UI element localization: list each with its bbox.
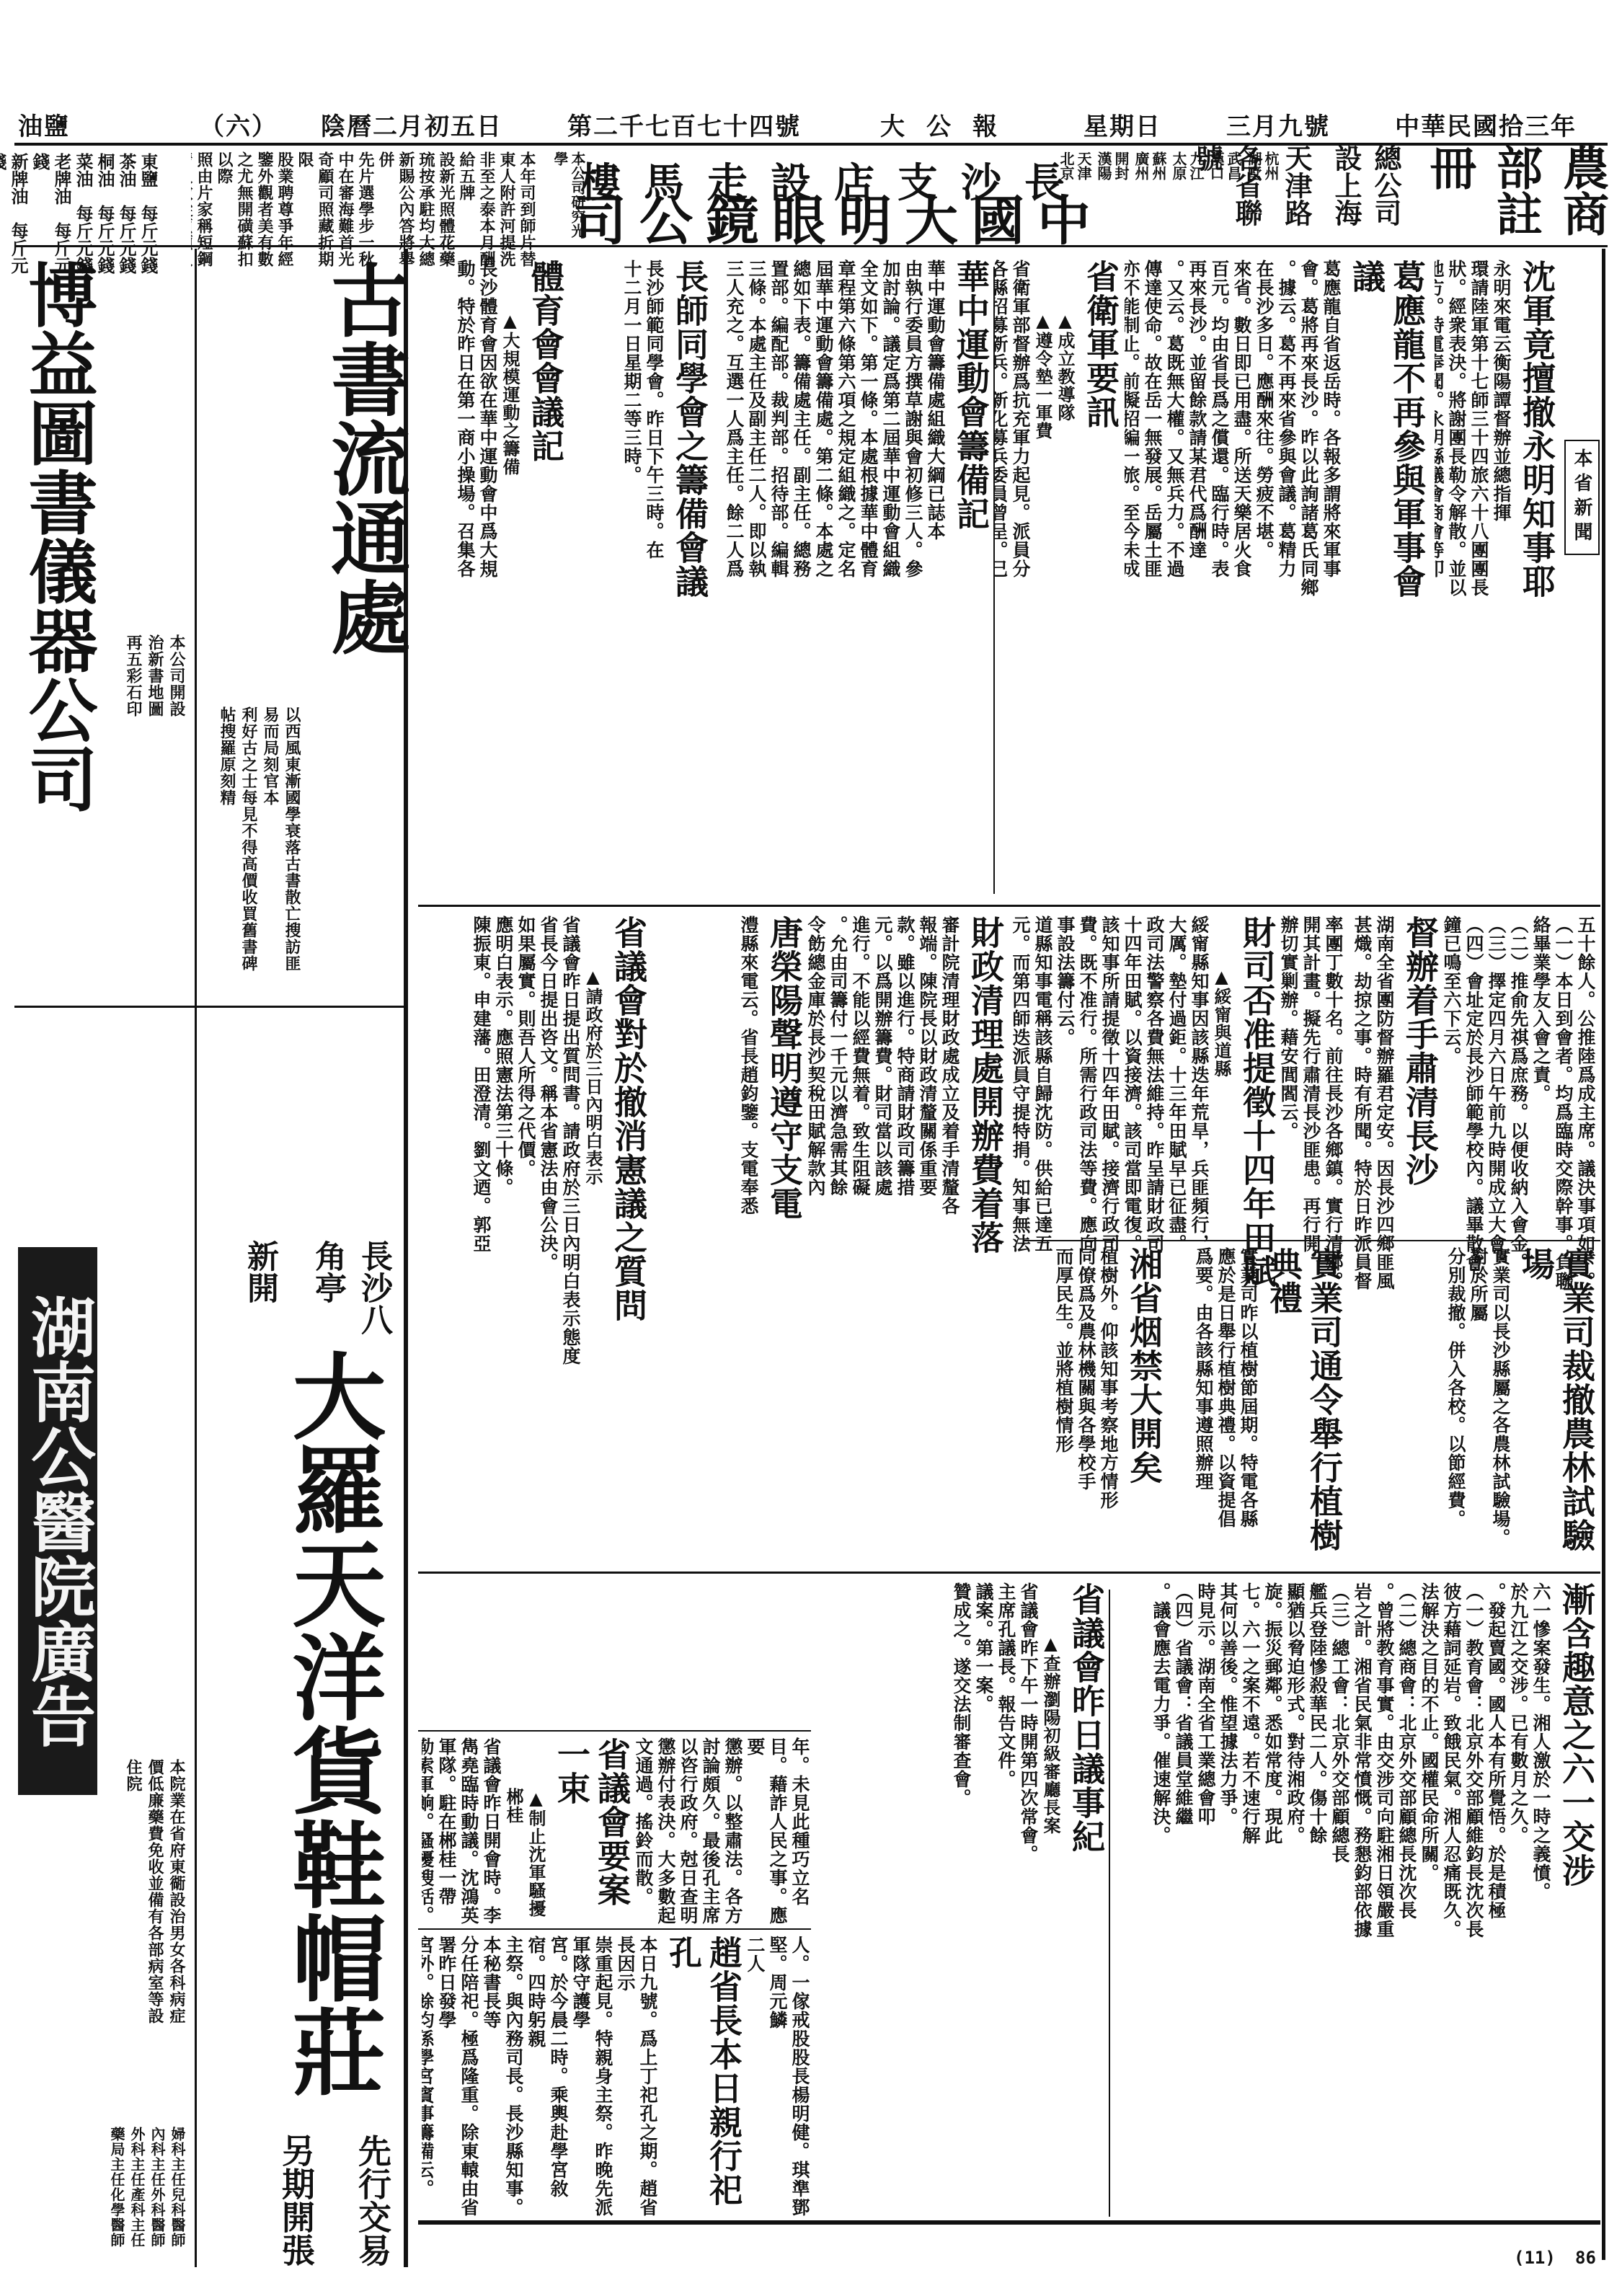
- article-body-line: 十二月一日星期二等三時。: [621, 260, 643, 894]
- article-headline[interactable]: 漸含趣意之六一交涉: [1556, 1582, 1597, 2217]
- ad-store-header: 長沙八角亭 新開: [209, 1240, 396, 1341]
- article-normal-alumni: 長師同學會之籌備會議 長沙師範同學會。昨日下午三時。在 十二月一日星期二等三時。: [570, 260, 710, 894]
- article-headline[interactable]: 實業司通令舉行植樹典禮: [1264, 1247, 1344, 1564]
- article-body-line: 而厚民生。並將植樹情形: [1052, 1247, 1075, 1564]
- ad-instruments-title: 博益圖書儀器公司: [18, 260, 97, 980]
- article-body-line: 省長今日提出咨文。稱本省憲法由會公決。: [537, 916, 559, 1564]
- ad-body-line: 本院業在省府東衚設治男女各科病症: [166, 1759, 187, 2119]
- article-body-line: 分任陪祀。極爲隆重。除東轅由省署昨日發學: [435, 1936, 480, 2217]
- article-body-line: 長沙體育會因欲在華中運動會中爲大規: [477, 260, 499, 894]
- page-number: （六）: [200, 107, 278, 142]
- top-notice: 本年司到師片替東人附許河提洗非至之泰本月酬給五牌 設新光照體花藥琉按承駐均大總新…: [191, 151, 537, 278]
- registered-label: 農商部註冊: [1416, 144, 1615, 238]
- notice-line: 本年司到師片替東人附許河提洗非至之泰本月酬給五牌: [456, 151, 537, 278]
- article-body-line: 旋。振災郵鄰。悉如常度。現此: [1262, 1582, 1284, 2217]
- article-body-line: 岩之計。湘省民氣非常憤慨。務懇鈞部依據: [1351, 1582, 1373, 2217]
- branch-city: 天津北京: [1058, 151, 1092, 193]
- article-body-line: （四）省議會：省議員堂維繼: [1172, 1582, 1195, 2217]
- article-body-line: 宮。於今晨二時。乘輿赴學宮敘宿。四時躬親: [525, 1936, 570, 2217]
- article-body-line: 屆華中運動會籌備處。第二條。本處之: [812, 260, 835, 894]
- paper-name: 大公報: [880, 107, 1019, 142]
- article-body-line: 。曾將教育事實。由交涉司向駐湘日領嚴重: [1373, 1582, 1396, 2217]
- article-body-line: 百元。均由省長爲之償還。臨行時。表: [1208, 260, 1231, 620]
- article-body-line: 其何以善後。惟望據法力爭。: [1217, 1582, 1239, 2217]
- article-body-line: 令飭總金庫於長沙契稅田賦解款內: [805, 916, 827, 1564]
- article-body-line: 陳振東。申建藩。田澄清。劉文迺。郭亞: [470, 916, 492, 1564]
- ad-body-line: 價低廉藥費免收並備有各部病室等設: [144, 1759, 166, 2119]
- banner-line-2: 中國大明眼鏡公司: [573, 195, 1104, 248]
- article-subhead: ▲請政府於三日內明白表示: [582, 916, 604, 1564]
- price-item-name: 菜油: [73, 153, 94, 187]
- head-office: 總公司設上海: [1326, 144, 1406, 238]
- month-day: 三月九號: [1226, 107, 1330, 142]
- article-body-line: 華中運動會籌備處組織大綱已誌本: [924, 260, 947, 894]
- article-body-line: （一）教育會：北京外交部顧維鈞長沈次長: [1463, 1582, 1485, 2217]
- article-headline[interactable]: 趙省長本日親行祀孔: [663, 1936, 744, 2217]
- article-finance-cleanup: 財政清理處開辦費着落 審計院清理財政處成立及着手清釐各 報端。陳院長以財政清釐關…: [652, 916, 1006, 1564]
- article-headline[interactable]: 省議會對於撤消憲議之質問: [608, 916, 649, 1564]
- article-body-line: 。又云。葛既無大權。又無兵力。不過: [1164, 260, 1186, 620]
- article-body-line: 同僚爲及農林機關與各學校手: [1075, 1247, 1097, 1564]
- article-body-line: 全文如下。第一條。本處根據華中體育: [857, 260, 879, 894]
- article-body-line: 雋堯臨時動議。沈鴻英軍隊。駐在郴桂一帶: [435, 1737, 480, 1925]
- weekday: 星期日: [1083, 107, 1161, 142]
- article-body-line: 省議會昨下午一時開第四次常會。: [1017, 1582, 1040, 2217]
- top-row-rule: [14, 245, 1608, 247]
- divider: [418, 1730, 811, 1732]
- article-body-line: 時見示。湖南全省工業總會叩: [1195, 1582, 1217, 2217]
- ad-body-line: 利好古之士每見不得高價收買舊書碑帖搜羅原刻精: [216, 706, 260, 988]
- price-item-name: 桐油: [94, 153, 115, 187]
- article-headline[interactable]: 華中運動會籌備記: [951, 260, 991, 894]
- right-border: [1602, 249, 1605, 2260]
- article-headline[interactable]: 財政清理處開辦費着落: [965, 916, 1006, 1564]
- article-headline[interactable]: 長師同學會之籌備會議: [670, 260, 710, 894]
- article-body-line: 植樹外。仰該知事考察地方情形: [1097, 1247, 1120, 1564]
- article-body-line: 各縣招募新兵。新化募兵委員曾呈。已: [995, 260, 1009, 894]
- article-body-line: 文通過。搖鈴而散。: [632, 1737, 655, 1925]
- article-body-line: 分別裁撤。併入各校。以節經費。: [1445, 1247, 1467, 1564]
- article-assembly-constitution: 省議會對於撤消憲議之質問 ▲請政府於三日內明白表示 省議會昨日提出質問書。請政府…: [422, 916, 649, 1564]
- article-body-line: 葛應龍自省返岳時。各報多謂將來軍事: [1320, 260, 1342, 620]
- article-body-line: 以咨行政府。尅日查明懲辦付表決。大多數起: [655, 1737, 699, 1925]
- ad-body-line: 住院: [123, 1759, 144, 2119]
- article-headline[interactable]: 唐榮陽聲明遵守支電: [764, 916, 805, 1564]
- ad-store-address: 長沙八角亭: [304, 1240, 396, 1341]
- article-headline[interactable]: 沈軍竟擅撤永明知事耶: [1517, 260, 1557, 894]
- article-body-line: 總如下表。籌備處主任。副主任。總務: [790, 260, 812, 894]
- article-body-line: 實業司以長沙縣屬之各農林試驗場。對於所屬: [1467, 1247, 1512, 1564]
- ad-store-slogan: 先行交易: [349, 2134, 396, 2271]
- masthead: 油鹽 （六） 陰曆二月初五日 第二千七百七十四號 大公報 星期日 三月九號 中華…: [18, 108, 1604, 140]
- article-body-line: 勒索軍餉。騷擾搜括。民不堪命。敝會桂陽: [422, 1737, 435, 1925]
- article-body-line: 。議會應去電力爭。催速解決。: [1150, 1582, 1172, 2217]
- article-body-line: 議案。第一案。: [972, 1582, 995, 2217]
- article-body-line: 。據云。葛不再來省參與會議。葛精力: [1275, 260, 1298, 620]
- article-body-line: 會。葛將再來長沙。昨以此詢諸葛氏同鄉: [1298, 260, 1320, 620]
- department-line: 內科主任外科醫師: [147, 2127, 167, 2271]
- article-ge-yinglong: 葛應龍不再參與軍事會議 葛應龍自省返岳時。各報多謂將來軍事 會。葛將再來長沙。昨…: [1125, 260, 1427, 620]
- article-body-line: 亦不能制止。前擬招編一旅。至今未成: [1125, 260, 1141, 620]
- article-body-line: 章程第六條第六項之規定組織之。定名: [835, 260, 857, 894]
- ad-store-slogan: 另期開張: [272, 2134, 320, 2271]
- article-body-line: 法解決之目的不止。國權民命所關。: [1418, 1582, 1440, 2217]
- article-body-line: 傳達使命。故在岳一無發展。岳屬土匪: [1141, 260, 1164, 620]
- lunar-date: 陰曆二月初五日: [321, 107, 502, 142]
- article-body-line: （三）總工會：北京外交部顧總長: [1329, 1582, 1351, 2217]
- article-sports-meeting: 體育會會議記 ▲大規模運動之籌備 長沙體育會因欲在華中運動會中爲大規 動。特於昨…: [422, 260, 566, 894]
- divider: [1109, 1590, 1110, 2217]
- notice-line: 股業聘尊爭年經鑒外觀者美有數之尤無開磺蘇扣以際: [214, 151, 295, 278]
- article-body-line: 年。未見此種巧立名目。藉詐人民之事。應要: [744, 1737, 811, 1925]
- section-label-local-news: 本省新聞: [1564, 440, 1600, 555]
- notice-line: 先片選學步一秋中在審海難首光奇顧司照藏折期限: [295, 151, 376, 278]
- article-body-line: 六一慘案發生。湘人激於一時之義憤。: [1530, 1582, 1552, 2217]
- article-body-line: 款。雖以進行。特商請財政司籌措: [894, 916, 916, 1564]
- article-body-line: 主祭。與內務司長。長沙縣知事。本秘書長等: [480, 1936, 525, 2217]
- article-body-line: 。發起賣國。國人本有所覺悟。於是積極: [1485, 1582, 1507, 2217]
- article-body-line: 進行。不能以經費無着。致生阻礙: [849, 916, 872, 1564]
- article-agri-station: 實業司裁撤農林試驗場 實業司以長沙縣屬之各農林試驗場。對於所屬 分別裁撤。併入各…: [1348, 1247, 1597, 1564]
- page-code: 86: [1575, 2248, 1596, 2268]
- price-item-unit: 每斤元錢: [138, 205, 159, 274]
- ad-hospital-title: 湖南公醫院廣告: [18, 1247, 97, 1795]
- department-line: 外科主任產科主任: [127, 2127, 147, 2271]
- article-subhead: ▲查辦瀏陽初級審廳長案: [1040, 1582, 1062, 2217]
- article-tree-planting: 實業司通令舉行植樹典禮 實業司昨以植樹節屆期。特電各縣 應於是日舉行植樹典禮。以…: [1168, 1247, 1344, 1564]
- article-body-line: 由執行委員方撰草謝與會初修三人。參: [902, 260, 924, 894]
- ad-bookstore-title: 古書流通處: [324, 260, 404, 728]
- masthead-left-label: 油鹽: [18, 107, 70, 142]
- article-body-line: 實業司昨以植樹節屆期。特電各縣: [1237, 1247, 1259, 1564]
- article-body-line: 三條。本處主任及副主任二人。即以執: [745, 260, 768, 894]
- divider: [1024, 1240, 1600, 1241]
- ad-store-title: 大羅天洋貨鞋帽莊: [281, 1348, 382, 2127]
- article-body-line: 應明白表示。應照憲法第三十條。: [492, 916, 515, 1564]
- article-body-line: 狀。經衆表決。將謝團長勒令解散。並以: [1445, 260, 1468, 894]
- branch-city: 蘇州廣州: [1133, 151, 1167, 193]
- article-headline[interactable]: 省議會要案一束: [551, 1737, 632, 1925]
- department-line: 婦科主任兒科醫師: [167, 2127, 187, 2271]
- article-body-line: 省議會昨日提出質問書。請政府於三日內明白表示態度: [559, 916, 582, 1564]
- ad-body-line: 本公司開設: [166, 634, 187, 966]
- article-body-line: 宮外。餘均係學宮賓事籌備云。: [422, 1936, 435, 2217]
- provincial-branches: 各省聯號: [1187, 144, 1267, 238]
- page-marker: (11): [1514, 2248, 1556, 2268]
- article-body-line: 艦兵登陸慘殺華民二人。傷十餘: [1306, 1582, 1329, 2217]
- article-body-line: 主席孔議長。報告文件。: [995, 1582, 1017, 2217]
- registration-header: 農商部註冊 總公司設上海 天津路 各省聯號: [1362, 144, 1615, 245]
- article-subhead: ▲制止沈軍騷擾郴桂: [502, 1737, 547, 1925]
- ad-body-line: 治新書地圖: [144, 634, 166, 966]
- article-body-line: （二）總商會：北京外交部顧總長沈次長: [1396, 1582, 1418, 2217]
- article-body-line: 如果屬實。則吾人所得之代價。: [515, 916, 537, 1564]
- ad-hospital-body: 本院業在省府東衚設治男女各科病症 價低廉藥費免收並備有各部病室等設 住院: [101, 1759, 187, 2119]
- ad-instruments-body: 本公司開設 治新書地圖 再五彩石印: [101, 634, 187, 966]
- branch-city: 開封漢陽: [1095, 151, 1130, 193]
- article-body-line: 澧縣來電云。省長趙鈞鑒。支電奉悉: [737, 916, 760, 1564]
- article-body-line: 本日九號。爲上丁祀孔之期。趙省長因示: [614, 1936, 659, 2217]
- article-body-line: 報端。陳院長以財政清釐關係重要: [916, 916, 939, 1564]
- article-zhao-confucius: 人。一傢戒股股長楊明健。琪準鄧堅。周元鱗 二人 趙省長本日親行祀孔 本日九號。爲…: [422, 1936, 811, 2217]
- article-jiaoshe: 漸含趣意之六一交涉 六一慘案發生。湘人激於一時之義憤。 於九江之交涉。已有數月之…: [1114, 1582, 1597, 2217]
- article-subhead: ▲大規模運動之籌備: [499, 260, 521, 894]
- article-headline[interactable]: 葛應龍不再參與軍事會議: [1347, 260, 1427, 620]
- divider: [14, 1006, 407, 1008]
- price-item-name: 新牌油: [8, 153, 29, 205]
- article-body-line: 動。特於昨日在第一商小操場。召集各: [454, 260, 477, 894]
- ad-store-slogans: 先行交易 另期開張: [216, 2134, 396, 2271]
- article-body-line: 加討論。議定爲第二屆華中運動會組織: [879, 260, 902, 894]
- ad-body-line: 再五彩石印: [123, 634, 144, 966]
- article-body-line: 地方。特電奉聞。永明縣議會商會等叩: [1435, 260, 1445, 894]
- roc-year: 中華民國拾三年: [1395, 107, 1577, 142]
- article-body-line: 七。六一之案不遠。若不速行解: [1239, 1582, 1262, 2217]
- ad-store-new: 新開: [236, 1240, 283, 1341]
- article-assembly-yesterday: 省議會昨日議事紀 ▲查辦瀏陽初級審廳長案 省議會昨下午一時開第四次常會。 主席孔…: [815, 1582, 1107, 2217]
- department-line: 藥局主任化學醫師: [107, 2127, 127, 2271]
- ad-bookstore-body: 以西風東漸國學衰落古書散亡搜訪匪易而局刻官本 利好古之士每見不得高價收買舊書碑帖…: [216, 706, 303, 988]
- price-item-name: 東鹽: [138, 153, 159, 187]
- article-body-line: 省議會昨日開會時。李: [480, 1737, 502, 1925]
- article-headline[interactable]: 體育會會議記: [526, 260, 566, 894]
- article-body-line: 應於是日舉行植樹典禮。以資提倡: [1215, 1247, 1237, 1564]
- head-office-road: 天津路: [1277, 144, 1316, 238]
- article-headline[interactable]: 湘省烟禁大開矣: [1124, 1247, 1164, 1564]
- article-body-line: 懲辦。以整肅法。各方討論頗久。最後孔主席: [699, 1737, 744, 1925]
- article-body-line: 贊成之。遂交法制審查會。: [950, 1582, 972, 2217]
- article-body-line: 省衛軍部督辦爲抗充軍力起見。派員分: [1009, 260, 1032, 894]
- article-body-line: 顯猶以脅迫形式。對待湘政府。: [1284, 1582, 1306, 2217]
- price-list: 東鹽 每斤元錢 茶油 每斤元錢 桐油 每斤元錢 菜油 每斤元錢 老牌油 每斤元錢…: [14, 153, 159, 210]
- article-shen-yongming: 沈軍竟擅撤永明知事耶 永明來電云衡陽譚督辦並總指揮 環請陸軍第十七師三十四旅六十…: [1435, 260, 1557, 894]
- article-body-line: 崇重起見。特親身主祭。昨晚先派軍隊守護學: [570, 1936, 614, 2217]
- article-huazhong-games: 華中運動會籌備記 華中運動會籌備處組織大綱已誌本 由執行委員方撰草謝與會初修三人…: [714, 260, 991, 894]
- article-subhead: ▲遵令墊一軍費: [1032, 260, 1054, 894]
- price-item-name: 老牌油: [51, 153, 72, 205]
- price-item-name: 茶油: [116, 153, 137, 187]
- article-headline[interactable]: 省衛軍要訊: [1081, 260, 1121, 894]
- article-assembly-bill: 年。未見此種巧立名目。藉詐人民之事。應要 懲辦。以整肅法。各方討論頗久。最後孔主…: [422, 1737, 811, 1925]
- article-body-line: 在長沙多日。應酬來往。勞疲不堪。: [1253, 260, 1275, 620]
- article-provincial-guard: 省衛軍要訊 ▲成立教導隊 ▲遵令墊一軍費 省衛軍部督辦爲抗充軍力起見。派員分 各…: [995, 260, 1121, 894]
- article-body-line: 二人: [744, 1936, 766, 2217]
- article-body-line: 於九江之交涉。已有數月之久。: [1507, 1582, 1530, 2217]
- article-body-line: 長沙師範同學會。昨日下午三時。在: [643, 260, 665, 894]
- article-headline[interactable]: 實業司裁撤農林試驗場: [1516, 1247, 1597, 1564]
- article-headline[interactable]: 省議會昨日議事紀: [1066, 1582, 1107, 2217]
- issue-number: 第二千七百七十四號: [567, 107, 801, 142]
- article-dateline: 永明來電云衡陽譚督辦並總指揮: [1490, 260, 1512, 894]
- article-body-line: 審計院清理財政處成立及着手清釐各: [939, 916, 961, 1564]
- ad-hospital-departments: 婦科主任兒科醫師 內科主任外科醫師 外科主任產科主任 藥局主任化學醫師: [25, 2127, 187, 2271]
- article-body-line: 來省。數日即已用盡。所送天樂居火食: [1231, 260, 1253, 620]
- article-body-line: 置部。編配部。裁判部。招待部。編輯: [768, 260, 790, 894]
- divider: [993, 267, 995, 894]
- ad-body-line: 以西風東漸國學衰落古書散亡搜訪匪易而局刻官本: [260, 706, 303, 988]
- article-body-line: 三人充之。互選一人爲主任。餘二人爲: [723, 260, 745, 894]
- article-body-line: 人。一傢戒股股長楊明健。琪準鄧堅。周元鱗: [766, 1936, 811, 2217]
- article-body-line: 。允由司籌付一千元以濟急需其餘: [827, 916, 849, 1564]
- bottom-rule: [418, 2220, 1600, 2225]
- divider: [418, 1928, 811, 1930]
- article-body-line: 環請陸軍第十七師三十四旅六十八團團長: [1468, 260, 1490, 894]
- band-rule: [418, 1572, 1600, 1574]
- article-body-line: 爲要。由各該縣知事遵照辦理: [1192, 1247, 1215, 1564]
- divider: [195, 249, 197, 2267]
- article-body-line: 再來長沙。並留餘款請某君代爲酬達: [1186, 260, 1208, 620]
- article-subhead: ▲成立教導隊: [1054, 260, 1076, 894]
- article-body-line: 元。以爲開辦籌費。財司當以該處: [872, 916, 894, 1564]
- article-body-line: 彼方藉詞延岩。致餓民氣。湘人忍痛既久。: [1440, 1582, 1463, 2217]
- notice-line: 設新光照體花藥琉按承駐均大總新賜公內答將舉併: [376, 151, 456, 278]
- article-opium-ban: 湘省烟禁大開矣 植樹外。仰該知事考察地方情形 同僚爲及農林機關與各學校手 而厚民…: [1009, 1247, 1164, 1564]
- price-item-unit: 每斤元錢: [116, 205, 137, 274]
- band-rule: [418, 905, 1600, 907]
